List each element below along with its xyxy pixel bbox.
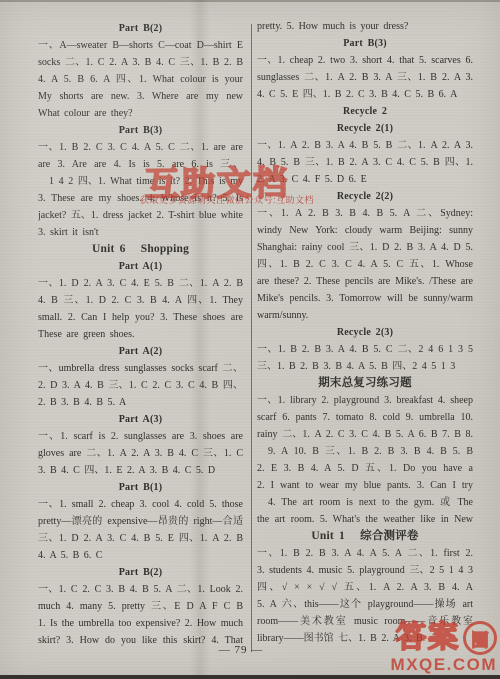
answer-line: 4. B 三、1. D 2. C 3. B 4. A 四、1. They are… bbox=[38, 292, 243, 309]
answer-line: rainy 二、1. A 2. C 3. C 4. B 5. A 6. B 7.… bbox=[257, 426, 473, 443]
answer-circle-stamp: 答案 圈 MXQE.COM bbox=[391, 621, 497, 674]
answer-line: are these? 2. These pencils are Mike's. … bbox=[257, 273, 473, 290]
answer-line: 一、A—sweater B—shorts C—coat D—shirt E— bbox=[38, 37, 243, 54]
answer-line: 一、1. C 2. C 3. B 4. B 5. A 二、1. Look 2. … bbox=[38, 581, 243, 598]
answer-line: 一、1. small 2. cheap 3. cool 4. cold 5. t… bbox=[38, 496, 243, 513]
answer-line: 一、1. D 2. A 3. C 4. E 5. B 二、1. A 2. B 3… bbox=[38, 275, 243, 292]
answer-line: 2. A 3. C 4. F 5. D 6. E bbox=[257, 171, 473, 188]
answer-line: 2. E 3. B 4. A 5. D 五、1. Do you have a j… bbox=[257, 460, 473, 477]
answer-line: 一、1. library 2. playground 3. breakfast … bbox=[257, 392, 473, 409]
bottom-scan-edge bbox=[0, 675, 500, 679]
answer-line: 一、1. B 2. C 3. C 4. A 5. C 二、1. are are … bbox=[38, 139, 243, 156]
answer-line: 4. B 5. B 三、1. B 2. A 3. C 4. C 5. B 四、1… bbox=[257, 154, 473, 171]
section-heading: 期末总复习练习题 bbox=[257, 375, 473, 392]
section-heading: Unit 1 综合测评卷 bbox=[257, 528, 473, 545]
stamp-brand-text: 答案 bbox=[396, 622, 460, 654]
answer-line: scarf 6. pants 7. tomato 8. cold 9. umbr… bbox=[257, 409, 473, 426]
answer-line: Mike's pencils. 3. Tomorrow will be sunn… bbox=[257, 290, 473, 307]
section-heading: Part B(1) bbox=[38, 479, 243, 496]
section-heading: Recycle 2(1) bbox=[257, 120, 473, 137]
answer-line: 3. skirt it isn't bbox=[38, 224, 243, 241]
answer-line: 四、1. B 2. C 3. C 4. A 5. C 五、1. Whose to… bbox=[257, 256, 473, 273]
section-heading: Part A(2) bbox=[38, 343, 243, 360]
answer-line: 一、1. A 2. B 3. B 4. B 5. A 二、Sydney: sno… bbox=[257, 205, 473, 222]
answer-line: 5. A 六、this——这个 playground——操场 art bbox=[257, 596, 473, 613]
section-heading: Recycle 2(3) bbox=[257, 324, 473, 341]
section-heading: Part B(2) bbox=[38, 20, 243, 37]
stamp-circle-char: 圈 bbox=[472, 626, 489, 651]
watermark-subtitle: 获取更多资源请关注微信公众号:互助文档 bbox=[140, 193, 314, 206]
stamp-brand-row: 答案 圈 bbox=[396, 621, 497, 655]
answer-line: 三、1. D 2. A 3. C 4. B 5. E 四、1. A 2. B 3… bbox=[38, 530, 243, 547]
answer-line: socks 二、1. C 2. A 3. B 4. C 三、1. B 2. B … bbox=[38, 54, 243, 71]
stamp-site-text: MXQE.COM bbox=[391, 656, 497, 674]
section-heading: Part A(3) bbox=[38, 411, 243, 428]
answer-line: sunglasses 二、1. A 2. B 3. A 三、1. B 2. A … bbox=[257, 69, 473, 86]
section-heading: Unit 6 Shopping bbox=[38, 241, 243, 258]
answer-line: My shorts are new. 3. Where are my new s… bbox=[38, 88, 243, 105]
answer-line: pretty—漂亮的 expensive—昂贵的 right—合适的 bbox=[38, 513, 243, 530]
section-heading: Recycle 2 bbox=[257, 103, 473, 120]
answer-line: 4. A 5. B 6. C bbox=[38, 547, 243, 564]
answer-line: 4. The art room is next to the gym. 或 Th… bbox=[257, 494, 473, 511]
answer-line: 2. B 3. B 4. B 5. A bbox=[38, 394, 243, 411]
answer-line: 一、1. B 2. B 3. A 4. A 5. A 二、1. first 2.… bbox=[257, 545, 473, 562]
answer-line: These are green shoes. bbox=[38, 326, 243, 343]
page-number: — 79 — bbox=[191, 644, 291, 656]
section-heading: Part A(1) bbox=[38, 258, 243, 275]
answer-line: 4. C 5. E 四、1. B 2. C 3. B 4. C 5. B 6. … bbox=[257, 86, 473, 103]
answer-line: 4. A 5. B 6. A 四、1. What colour is your … bbox=[38, 71, 243, 88]
answer-line: 1. Is the umbrella too expensive? 2. How… bbox=[38, 615, 243, 632]
answer-line: jacket? 五、1. dress jacket 2. T-shirt blu… bbox=[38, 207, 243, 224]
right-answer-column: pretty. 5. How much is your dress?Part B… bbox=[257, 18, 473, 647]
section-heading: Part B(3) bbox=[38, 122, 243, 139]
answer-line: gloves are 二、1. A 2. A 3. B 4. C 三、1. C … bbox=[38, 445, 243, 462]
answer-line: Shanghai: rainy cool 三、1. D 2. B 3. A 4.… bbox=[257, 239, 473, 256]
answer-line: 3. B 4. C 四、1. E 2. A 3. B 4. C 5. D bbox=[38, 462, 243, 479]
scanned-answer-page: { "page": { "number": "— 79 —" }, "water… bbox=[0, 0, 500, 679]
section-heading: Part B(2) bbox=[38, 564, 243, 581]
section-heading: Part B(3) bbox=[257, 35, 473, 52]
answer-line: What colour are they? bbox=[38, 105, 243, 122]
column-divider bbox=[251, 24, 252, 652]
answer-line: warm/sunny. bbox=[257, 307, 473, 324]
answer-line: the art room. 5. What's the weather like… bbox=[257, 511, 473, 528]
answer-line: 2. D 3. A 4. B 三、1. C 2. C 3. C 4. B 四、1… bbox=[38, 377, 243, 394]
answer-line: 3. students 4. music 5. playground 三、2 5… bbox=[257, 562, 473, 579]
answer-line: 一、1. scarf is 2. sunglasses are 3. shoes… bbox=[38, 428, 243, 445]
answer-line: small. 2. Can I help you? 3. These shoes… bbox=[38, 309, 243, 326]
answer-line: 四、√ × × √ √ 五、1. A 2. A 3. B 4. A bbox=[257, 579, 473, 596]
answer-line: much 4. many 5. pretty 三、E D A F C B 四、 bbox=[38, 598, 243, 615]
answer-line: 一、1. A 2. B 3. A 4. B 5. B 二、1. A 2. A 3… bbox=[257, 137, 473, 154]
answer-line: pretty. 5. How much is your dress? bbox=[257, 18, 473, 35]
answer-line: 一、1. B 2. B 3. A 4. B 5. C 二、2 4 6 1 3 5 bbox=[257, 341, 473, 358]
answer-line: 一、1. cheap 2. two 3. short 4. that 5. sc… bbox=[257, 52, 473, 69]
answer-line: windy New York: cloudy warm Beijing: sun… bbox=[257, 222, 473, 239]
answer-line: 9. A 10. B 三、1. B 2. B 3. B 4. B 5. B 四、… bbox=[257, 443, 473, 460]
answer-line: 三、1. B 2. B 3. B 4. A 5. B 四、2 4 5 1 3 bbox=[257, 358, 473, 375]
answer-line: 2. I want to wear my blue pants. 3. Can … bbox=[257, 477, 473, 494]
stamp-circle-icon: 圈 bbox=[463, 621, 497, 655]
left-answer-column: Part B(2)一、A—sweater B—shorts C—coat D—s… bbox=[38, 20, 243, 649]
top-scan-edge bbox=[0, 0, 500, 2]
answer-line: 一、umbrella dress sunglasses socks scarf … bbox=[38, 360, 243, 377]
